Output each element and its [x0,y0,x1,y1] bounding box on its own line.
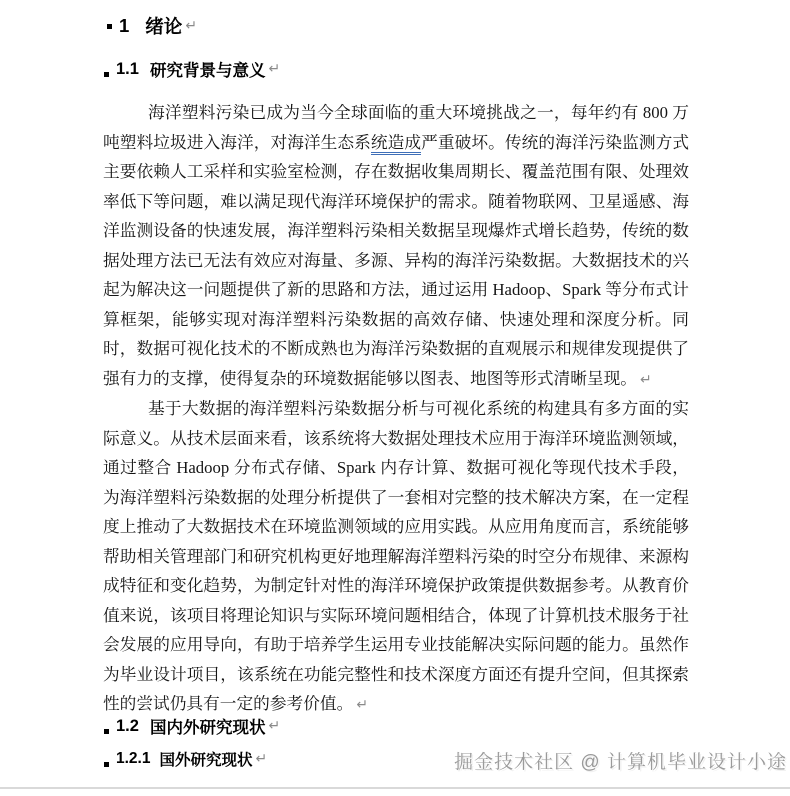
heading-number: 1.1 [116,60,139,79]
body-paragraph-2[interactable]: 基于大数据的海洋塑料污染数据分析与可视化系统的构建具有多方面的实际意义。从技术层… [103,394,689,720]
heading-bullet-icon [104,72,109,77]
heading-bullet-icon [104,762,109,767]
heading-chapter-1[interactable]: 1 绪论 ↵ [107,13,197,39]
heading-number: 1.2 [116,717,139,736]
heading-title: 国内外研究现状 [150,714,266,738]
heading-number: 1.2.1 [116,750,150,768]
heading-title: 研究背景与意义 [150,57,266,81]
paragraph-mark-icon: ↵ [640,372,652,388]
paragraph-mark-icon: ↵ [268,61,280,77]
word-document-page: { "document": { "headings": { "h1": { "n… [0,0,790,796]
paragraph-text: 基于大数据的海洋塑料污染数据分析与可视化系统的构建具有多方面的实际意义。从技术层… [103,399,689,713]
paragraph-text: 严重破坏。传统的海洋污染监测方式主要依赖人工采样和实验室检测，存在数据收集周期长… [103,133,689,388]
grammar-check-underlined-text: 统造成 [371,133,421,155]
body-paragraph-1[interactable]: 海洋塑料污染已成为当今全球面临的重大环境挑战之一，每年约有 800 万吨塑料垃圾… [103,98,689,394]
paragraph-mark-icon: ↵ [268,718,280,734]
heading-section-1-1[interactable]: 1.1 研究背景与意义 ↵ [104,57,280,81]
heading-section-1-2-1[interactable]: 1.2.1 国外研究现状 ↵ [104,748,267,770]
page-bottom-edge [0,787,790,789]
paragraph-mark-icon: ↵ [185,18,197,34]
paragraph-mark-icon: ↵ [256,751,268,767]
heading-bullet-icon [107,24,112,29]
heading-title: 国外研究现状 [159,748,252,770]
community-watermark: 掘金技术社区 @ 计算机毕业设计小途 [454,747,787,774]
heading-section-1-2[interactable]: 1.2 国内外研究现状 ↵ [104,714,280,738]
heading-number: 1 [119,15,129,37]
heading-title: 绪论 [145,13,182,39]
heading-bullet-icon [104,729,109,734]
paragraph-mark-icon: ↵ [356,697,368,713]
